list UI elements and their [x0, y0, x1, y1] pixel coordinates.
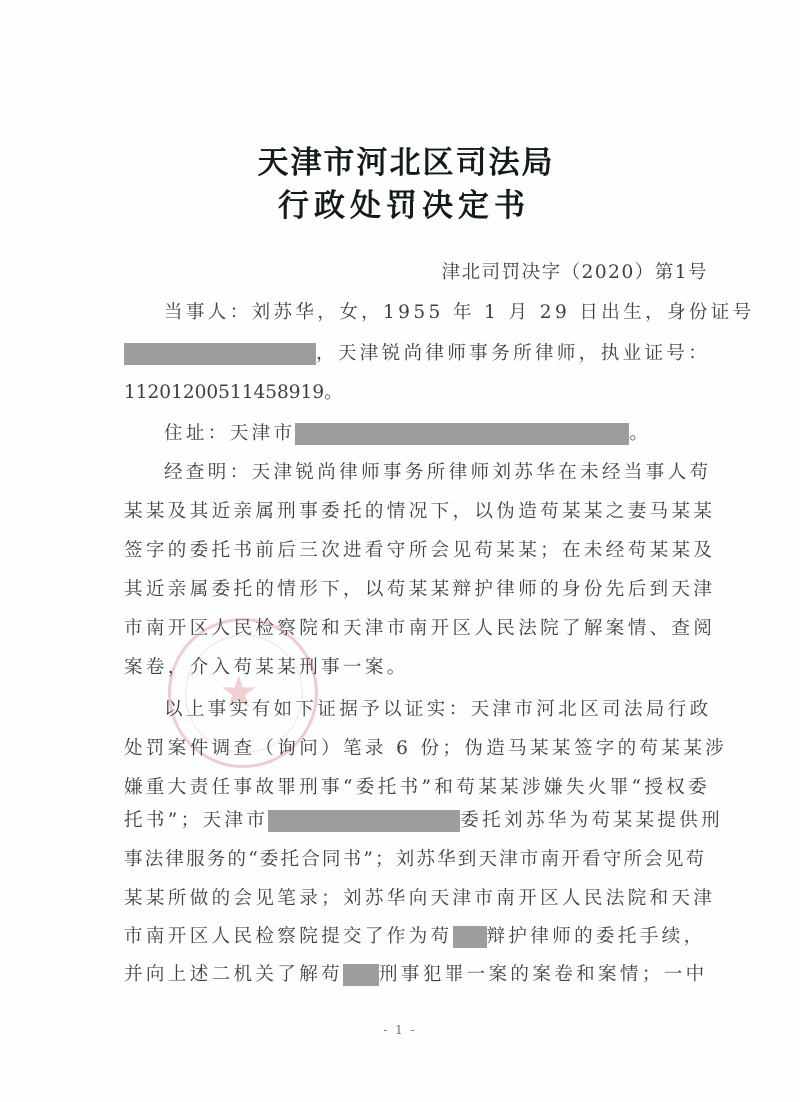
evidence-line-3: 嫌重大责任事故罪刑事“委托书”和苟某某涉嫌失火罪“授权委: [124, 775, 704, 801]
findings-line-3: 签字的委托书前后三次进看守所会见苟某某；在未经苟某某及: [124, 538, 704, 564]
party-line-1: 当事人：刘苏华，女，1955 年 1 月 29 日出生，身份证号: [164, 300, 704, 326]
evidence-line-2: 处罚案件调查（询问）笔录 6 份；伪造马某某签字的苟某某涉: [124, 736, 704, 762]
address-end: 。: [629, 423, 651, 444]
redacted-name-2: [343, 964, 379, 986]
redacted-address: [295, 423, 629, 445]
redacted-name-1: [453, 926, 487, 948]
findings-line-4: 其近亲属委托的情形下，以苟某某辩护律师的身份先后到天津: [124, 577, 704, 603]
evidence-line-4-end: 委托刘苏华为苟某某提供刑: [460, 810, 723, 831]
document-number: 津北司罚决字（2020）第1号: [442, 258, 708, 284]
evidence-line-7-end: 辩护律师的委托手续，: [487, 926, 706, 947]
evidence-line-7-start: 市南开区人民检察院提交了作为苟: [124, 926, 453, 947]
evidence-line-7: 市南开区人民检察院提交了作为苟辩护律师的委托手续，: [124, 924, 704, 950]
findings-line-1: 经查明：天津锐尚律师事务所律师刘苏华在未经当事人苟: [164, 460, 704, 486]
document-title-line2: 行政处罚决定书: [4, 180, 800, 225]
evidence-line-1: 以上事实有如下证据予以证实：天津市河北区司法局行政: [164, 697, 704, 723]
document-title-line1: 天津市河北区司法局: [6, 137, 800, 182]
party-line-2: ，天津锐尚律师事务所律师，执业证号：: [124, 341, 704, 367]
page-number: - 1 -: [0, 1023, 800, 1037]
evidence-line-8: 并向上述二机关了解苟刑事犯罪一案的案卷和案情；一中: [124, 962, 704, 988]
party-firm-text: ，天津锐尚律师事务所律师，执业证号：: [316, 343, 710, 364]
evidence-line-4-start: 托书”；天津市: [124, 810, 268, 831]
evidence-line-8-end: 刑事犯罪一案的案卷和案情；一中: [379, 964, 708, 985]
evidence-line-8-start: 并向上述二机关了解苟: [124, 964, 343, 985]
document-page: 天津市河北区司法局 行政处罚决定书 津北司罚决字（2020）第1号 当事人：刘苏…: [0, 0, 800, 1102]
evidence-line-4: 托书”；天津市委托刘苏华为苟某某提供刑: [124, 808, 704, 834]
redacted-organization: [268, 810, 460, 832]
party-license-number: 11201200511458919。: [124, 380, 704, 406]
address-label: 住址：天津市: [164, 423, 295, 444]
party-address-line: 住址：天津市。: [164, 421, 704, 447]
evidence-line-5: 事法律服务的“委托合同书”；刘苏华到天津市南开看守所会见苟: [124, 847, 704, 873]
evidence-line-6: 某某所做的会见笔录；刘苏华向天津市南开区人民法院和天津: [124, 886, 704, 912]
redacted-id-number: [124, 343, 316, 365]
findings-line-2: 某某及其近亲属刑事委托的情况下，以伪造苟某某之妻马某某: [124, 499, 704, 525]
